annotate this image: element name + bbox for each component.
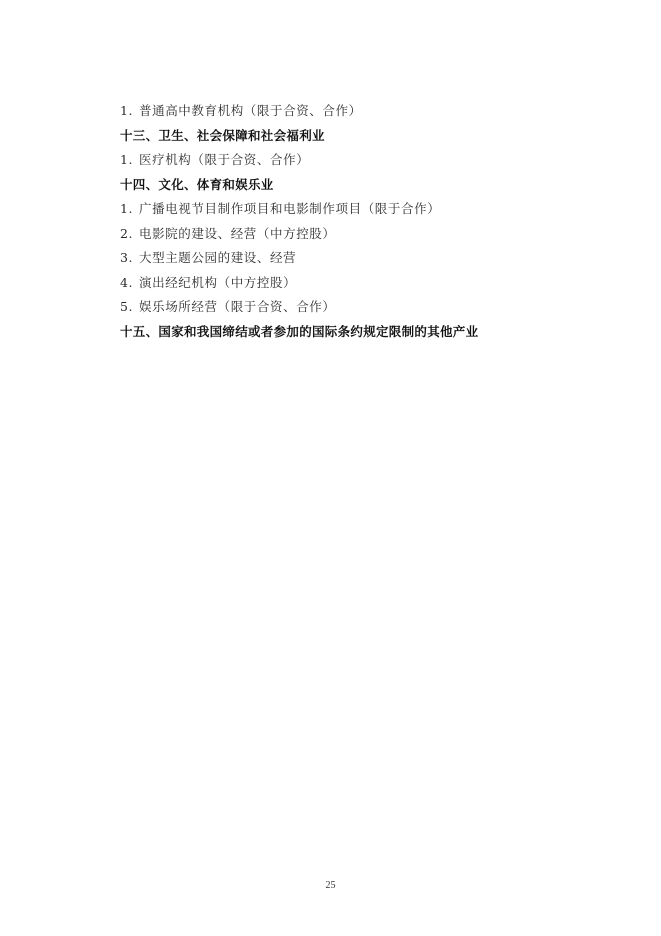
list-item-entertainment-venues: 5.娱乐场所经营（限于合资、合作） bbox=[120, 295, 560, 320]
list-item-general-high-school: 1.普通高中教育机构（限于合资、合作） bbox=[120, 99, 560, 124]
list-item-text: 娱乐场所经营（限于合资、合作） bbox=[139, 299, 336, 314]
list-item-broadcast-film-production: 1.广播电视节目制作项目和电影制作项目（限于合作） bbox=[120, 197, 560, 222]
list-item-text: 广播电视节目制作项目和电影制作项目（限于合作） bbox=[139, 201, 440, 216]
list-item-number: 1. bbox=[120, 148, 139, 173]
document-body: 1.普通高中教育机构（限于合资、合作） 十三、卫生、社会保障和社会福利业 1.医… bbox=[120, 99, 560, 344]
section-heading-14: 十四、文化、体育和娱乐业 bbox=[120, 173, 560, 198]
list-item-number: 2. bbox=[120, 222, 139, 247]
list-item-text: 演出经纪机构（中方控股） bbox=[139, 275, 296, 290]
list-item-number: 1. bbox=[120, 197, 139, 222]
list-item-text: 医疗机构（限于合资、合作） bbox=[139, 152, 309, 167]
page-number: 25 bbox=[0, 880, 661, 891]
list-item-number: 3. bbox=[120, 246, 139, 271]
list-item-text: 普通高中教育机构（限于合资、合作） bbox=[139, 103, 362, 118]
list-item-theme-park: 3.大型主题公园的建设、经营 bbox=[120, 246, 560, 271]
list-item-text: 电影院的建设、经营（中方控股） bbox=[139, 226, 336, 241]
list-item-number: 5. bbox=[120, 295, 139, 320]
section-heading-15: 十五、国家和我国缔结或者参加的国际条约规定限制的其他产业 bbox=[120, 320, 560, 345]
list-item-medical-institutions: 1.医疗机构（限于合资、合作） bbox=[120, 148, 560, 173]
list-item-number: 4. bbox=[120, 271, 139, 296]
section-heading-13: 十三、卫生、社会保障和社会福利业 bbox=[120, 124, 560, 149]
list-item-text: 大型主题公园的建设、经营 bbox=[139, 250, 296, 265]
list-item-cinema: 2.电影院的建设、经营（中方控股） bbox=[120, 222, 560, 247]
document-page: 1.普通高中教育机构（限于合资、合作） 十三、卫生、社会保障和社会福利业 1.医… bbox=[0, 0, 661, 936]
list-item-number: 1. bbox=[120, 99, 139, 124]
list-item-performance-agency: 4.演出经纪机构（中方控股） bbox=[120, 271, 560, 296]
